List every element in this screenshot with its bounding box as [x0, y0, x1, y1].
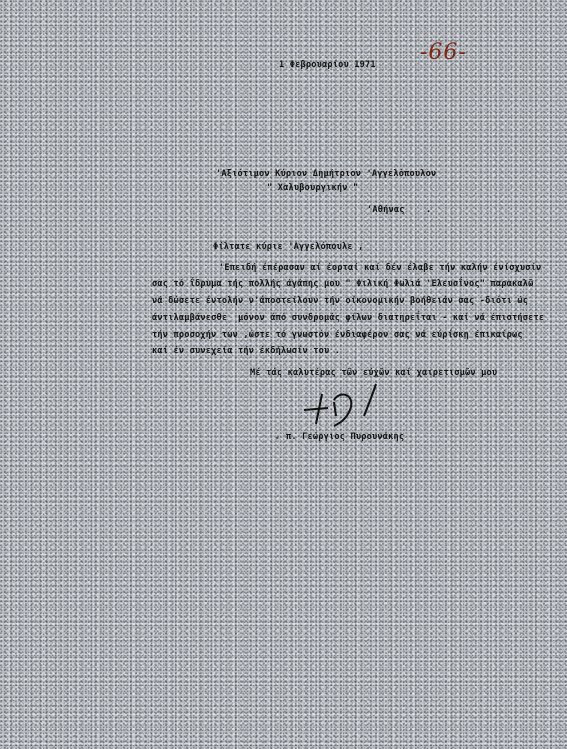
body-line-4: άντιλαμβάνεσθε μόνον άπό συνδρομάς φίλων…: [152, 313, 544, 323]
handwritten-signature: [300, 380, 390, 430]
recipient-line-3: 'Αθήνας .: [367, 205, 432, 215]
recipient-line-1: 'Αξιότιμον Κύριον Δημήτριον 'Αγγελόπουλο…: [216, 169, 436, 179]
body-line-3: νά δώσετε έντολήν ν'άποστείλουν τήν οίκο…: [152, 296, 528, 306]
body-line-5: τήν προσοχήν των ,ώστε τό γνωστόν ένδιαφ…: [152, 330, 523, 340]
body-line-6: καί έν συνεχεία τήν έκδήλωσίν του .: [152, 346, 340, 356]
handwritten-page-number: -66-: [420, 40, 467, 65]
body-line-2: σας τό ΐδρυμα τής πολλής άγάπης μου " Φι…: [152, 279, 534, 289]
letter-date: 1 Φεβρουαρίου 1971: [279, 60, 376, 70]
signature-name: π. Γεώργιος Πυρουνάκης: [286, 432, 404, 442]
recipient-line-2: " Χαλυβουργικήν ": [267, 183, 358, 193]
closing-line: Μέ τάς καλυτέρας τῶν εύχῶν καί χαιρετισμ…: [250, 368, 497, 378]
salutation: Φίλτατε κύριε 'Αγγελόπουλε ,: [213, 242, 363, 252]
body-line-1: 'Επειδή έπέρασαν αί έορταί καί δέν έλαβε…: [219, 263, 541, 273]
signature-mark: ⸗: [276, 432, 279, 443]
letter-page: -66- 1 Φεβρουαρίου 1971 'Αξιότιμον Κύριο…: [0, 0, 567, 749]
